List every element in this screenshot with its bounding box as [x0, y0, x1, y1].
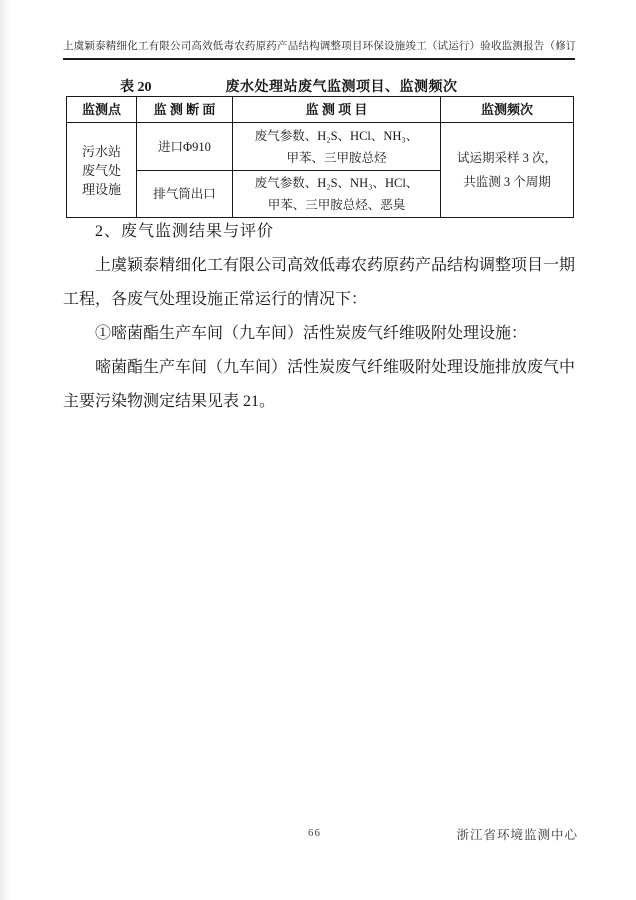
paragraph: 上虞颖泰精细化工有限公司高效低毒农药原药产品结构调整项目一期工程，各废气处理设施…: [63, 249, 575, 317]
footer-organization: 浙江省环境监测中心: [456, 825, 578, 843]
frequency-cell: 试运期采样 3 次， 共监测 3 个周期: [441, 123, 574, 218]
table-header-row: 监测点 监 测 断 面 监 测 项 目 监测频次: [67, 97, 574, 123]
items-line-1: 废气参数、H₂S、HCl、NH₃、: [235, 125, 438, 147]
monitoring-table: 监测点 监 测 断 面 监 测 项 目 监测频次 污水站废气处理设施 进口Φ91…: [66, 96, 574, 218]
running-header-title: 上虞颖泰精细化工有限公司高效低毒农药原药产品结构调整项目环保设施竣工（试运行）验…: [63, 38, 575, 53]
col-header-frequency: 监测频次: [441, 97, 574, 123]
col-header-items: 监 测 项 目: [233, 97, 441, 123]
paragraph: 嘧菌酯生产车间（九车间）活性炭废气纤维吸附处理设施排放废气中主要污染物测定结果见…: [63, 351, 575, 419]
frequency-line-2: 共监测 3 个周期: [443, 170, 571, 194]
items-line-2: 甲苯、三甲胺总烃、恶臭: [235, 194, 438, 216]
items-cell: 废气参数、H₂S、NH₃、HCl、 甲苯、三甲胺总烃、恶臭: [233, 171, 441, 218]
table-caption: 表 20废水处理站废气监测项目、监测频次: [63, 76, 575, 96]
items-cell: 废气参数、H₂S、HCl、NH₃、 甲苯、三甲胺总烃: [233, 123, 441, 171]
page-number: 66: [308, 827, 321, 839]
table-row: 污水站废气处理设施 进口Φ910 废气参数、H₂S、HCl、NH₃、 甲苯、三甲…: [67, 123, 574, 171]
col-header-point: 监测点: [67, 97, 137, 123]
table-caption-label: 表 20: [120, 80, 152, 95]
frequency-line-1: 试运期采样 3 次，: [443, 146, 571, 170]
items-line-1: 废气参数、H₂S、NH₃、HCl、: [235, 172, 438, 194]
section-heading: 2、废气监测结果与评价: [63, 215, 575, 249]
monitor-point-cell: 污水站废气处理设施: [67, 123, 137, 218]
scan-edge-artifact: [0, 0, 10, 900]
body-text-block: 2、废气监测结果与评价 上虞颖泰精细化工有限公司高效低毒农药原药产品结构调整项目…: [63, 215, 575, 419]
items-line-2: 甲苯、三甲胺总烃: [235, 147, 438, 169]
document-page: 上虞颖泰精细化工有限公司高效低毒农药原药产品结构调整项目环保设施竣工（试运行）验…: [0, 0, 636, 900]
section-cell: 排气筒出口: [137, 171, 233, 218]
header-rule-divider: [63, 58, 575, 60]
table-caption-title: 废水处理站废气监测项目、监测频次: [226, 80, 458, 95]
section-cell: 进口Φ910: [137, 123, 233, 171]
col-header-section: 监 测 断 面: [137, 97, 233, 123]
list-item: ①嘧菌酯生产车间（九车间）活性炭废气纤维吸附处理设施：: [63, 317, 575, 351]
